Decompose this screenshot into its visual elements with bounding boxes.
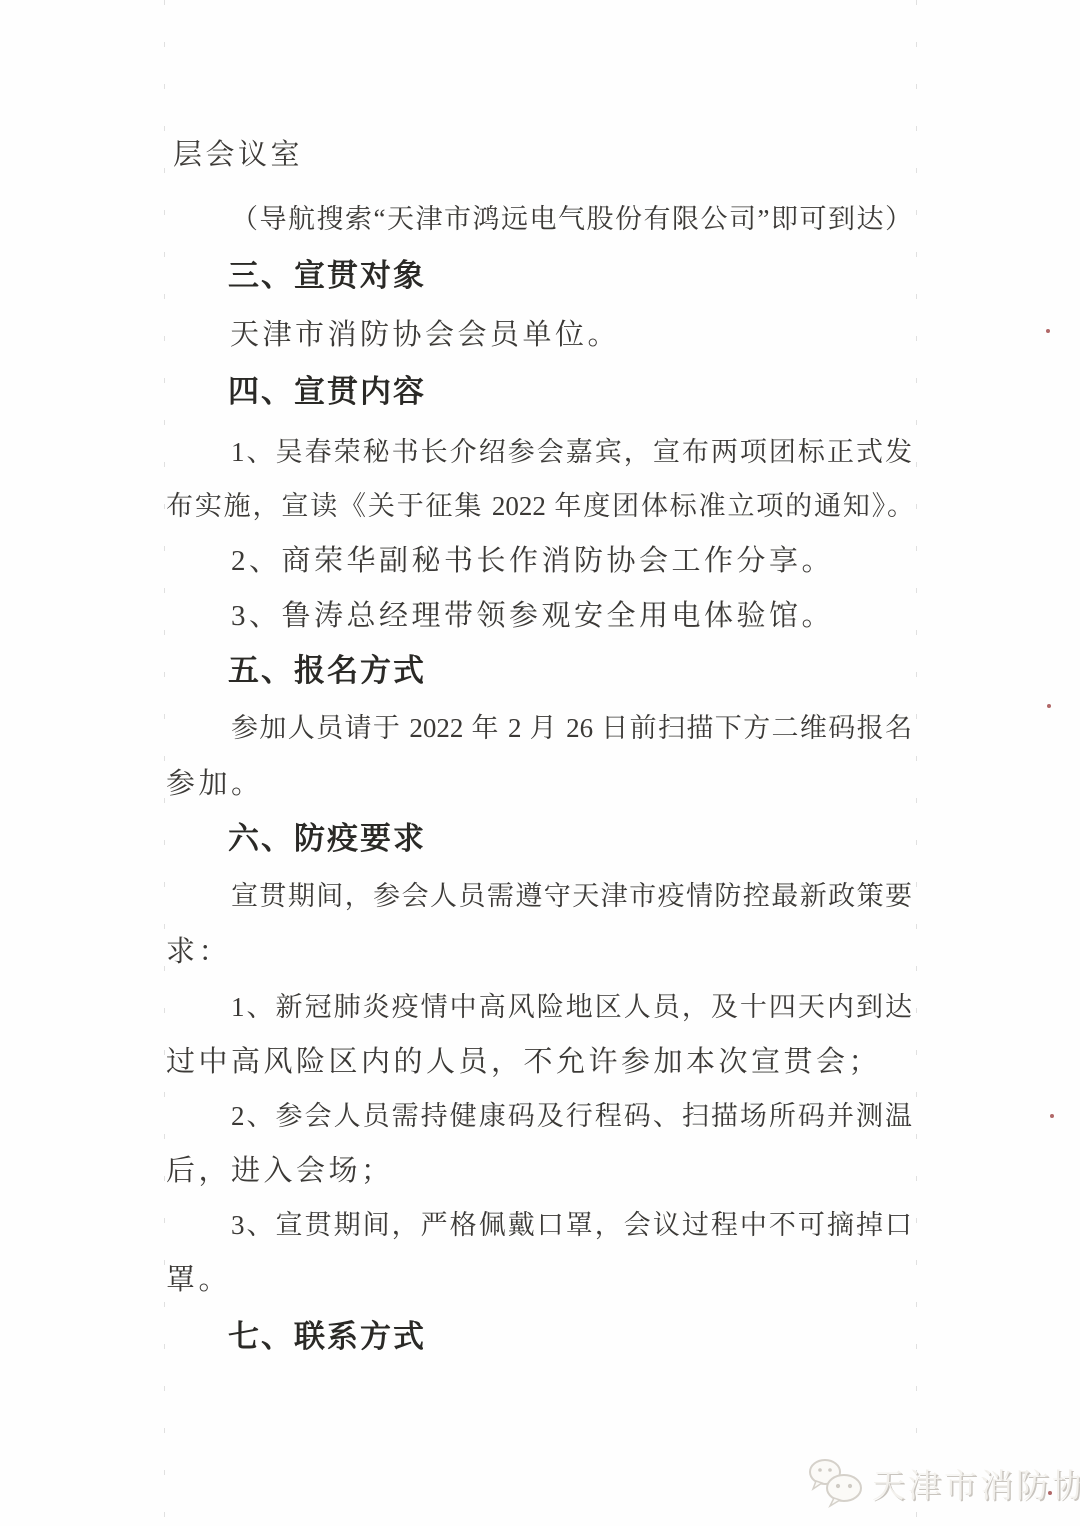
text-line: （导航搜索“天津市鸿远电气股份有限公司”即可到达）	[231, 202, 912, 236]
text-line: 参加人员请于 2022 年 2 月 26 日前扫描下方二维码报名	[231, 711, 912, 745]
text-line: 宣贯期间，参会人员需遵守天津市疫情防控最新政策要	[231, 879, 912, 913]
document-page: 层会议室 （导航搜索“天津市鸿远电气股份有限公司”即可到达） 三、宣贯对象 天津…	[0, 0, 1080, 1526]
text-line: 层会议室	[173, 138, 303, 172]
scan-speck	[1046, 329, 1050, 333]
section-heading: 六、防疫要求	[228, 822, 426, 856]
wechat-icon	[806, 1456, 866, 1510]
scan-speck	[1047, 704, 1051, 708]
text-line: 求：	[166, 935, 231, 969]
text-line: 2、商荣华副秘书长作消防协会工作分享。	[231, 544, 834, 578]
text-line: 过中高风险区内的人员，不允许参加本次宣贯会；	[166, 1045, 881, 1079]
text-line: 参加。	[166, 767, 264, 801]
watermark: 天津市消防协会	[806, 1456, 1080, 1510]
text-line: 1、新冠肺炎疫情中高风险地区人员，及十四天内到达	[231, 990, 912, 1024]
text-line: 布实施，宣读《关于征集 2022 年度团体标准立项的通知》。	[166, 489, 914, 523]
watermark-label: 天津市消防协会	[872, 1460, 1080, 1507]
text-line: 2、参会人员需持健康码及行程码、扫描场所码并测温	[231, 1099, 912, 1133]
scan-speck	[1050, 1114, 1054, 1118]
text-line: 3、鲁涛总经理带领参观安全用电体验馆。	[231, 599, 834, 633]
text-line: 天津市消防协会会员单位。	[230, 318, 620, 352]
text-line: 1、吴春荣秘书长介绍参会嘉宾，宣布两项团标正式发	[231, 435, 912, 469]
text-line: 3、宣贯期间，严格佩戴口罩，会议过程中不可摘掉口	[231, 1208, 912, 1242]
text-line: 罩。	[166, 1263, 231, 1297]
text-line: 后，进入会场；	[166, 1154, 394, 1188]
section-heading: 七、联系方式	[228, 1320, 426, 1354]
section-heading: 三、宣贯对象	[228, 259, 426, 293]
section-heading: 五、报名方式	[228, 654, 426, 688]
page-edge-line-right	[916, 0, 917, 1526]
section-heading: 四、宣贯内容	[228, 375, 426, 409]
page-edge-line-left	[164, 0, 165, 1526]
